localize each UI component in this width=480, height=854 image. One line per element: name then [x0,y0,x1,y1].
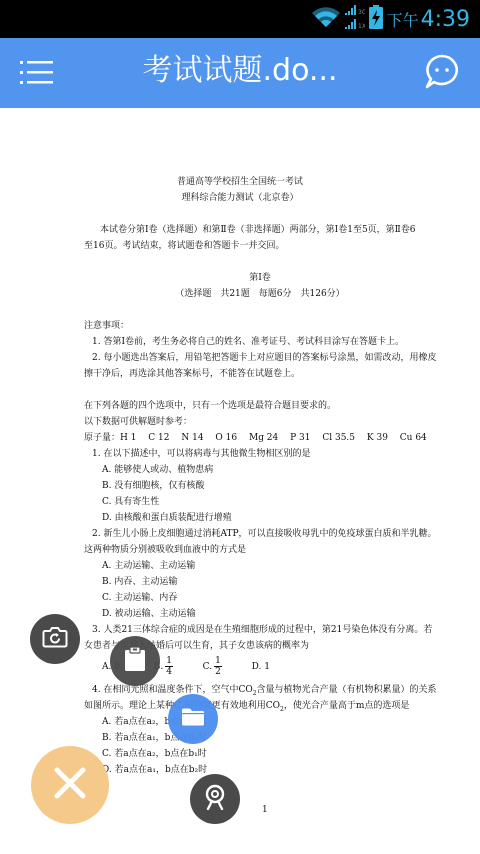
notes-item2-line2: 擦干净后，再选涂其他答案标号，不能答在试题卷上。 [84,366,300,382]
q2-option-b: B. 内吞、主动运输 [102,574,177,590]
clipboard-icon [124,646,146,676]
clipboard-button[interactable] [110,636,160,686]
camera-button[interactable] [30,614,80,664]
q4-option-d: D. 若a点在a₁，b点在b₂时 [102,762,207,778]
q1-option-b: B. 没有细胞核，仅有核酸 [102,478,204,494]
close-icon [52,765,88,805]
notes-item1: 1. 答第Ⅰ卷前，考生务必将自己的姓名、准考证号、考试科目涂写在答题卡上。 [92,334,404,350]
page-number: 1 [262,802,268,818]
svg-text:1X: 1X [358,23,365,30]
wifi-icon [311,6,341,32]
q2-option-a: A. 主动运输、主动运输 [102,558,195,574]
q2-option-c: C. 主动运输、内吞 [102,590,177,606]
battery-charging-icon [369,5,383,33]
folder-button[interactable] [168,694,218,744]
document-title: 考试试题.do... [0,38,480,108]
chat-button[interactable] [422,52,462,92]
status-clock: 下午4:39 [387,7,470,32]
q1-option-c: C. 具有寄生性 [102,494,159,510]
instructions-line1: 在下列各题的四个选项中，只有一个选项是最符合题目要求的。 [84,398,336,414]
camera-switch-icon [42,625,68,653]
exam-header-line1: 普通高等学校招生全国统一考试 [0,174,480,190]
q4-option-c: C. 若a点在a₂，b点在b₁时 [102,746,207,762]
webcam-button[interactable] [190,774,240,824]
app-bar: 考试试题.do... [0,38,480,108]
intro-line2: 至16页。考试结束，将试题卷和答题卡一并交回。 [84,238,284,254]
q1-stem: 1. 在以下描述中，可以将病毒与其他微生物相区别的是 [92,446,310,462]
q2-option-d: D. 被动运输、主动运输 [102,606,196,622]
notes-heading: 注意事项： [84,318,129,334]
q2-stem-line2: 这两种物质分别被吸收到血液中的方式是 [84,542,246,558]
section-subtitle: （选择题 共21题 每题6分 共126分） [0,286,480,302]
exam-header-line2: 理科综合能力测试（北京卷） [0,190,480,206]
intro-line1: 本试卷分第Ⅰ卷（选择题）和第Ⅱ卷（非选择题）两部分，第Ⅰ卷1至5页，第Ⅱ卷6 [100,222,416,238]
status-bar: 3G 1X 下午4:39 [0,0,480,38]
folder-icon [181,707,205,731]
close-menu-button[interactable] [31,746,109,824]
section-title: 第Ⅰ卷 [0,270,480,286]
webcam-icon [203,784,227,814]
instructions-line2: 以下数据可供解题时参考： [84,414,192,430]
q2-stem-line1: 2. 新生儿小肠上皮细胞通过消耗ATP，可以直接吸收母乳中的免疫球蛋白质和半乳糖… [92,526,437,542]
q3-option-c: C.12 [203,662,224,672]
q3-option-d: D. 1 [252,662,270,672]
document-page[interactable]: 普通高等学校招生全国统一考试 理科综合能力测试（北京卷） 本试卷分第Ⅰ卷（选择题… [0,108,480,854]
chat-bubble-icon [422,77,462,96]
q1-option-d: D. 由核酸和蛋白质装配进行增殖 [102,510,232,526]
signal-icon: 3G 1X [345,4,365,34]
atomic-masses: 原子量：H 1 C 12 N 14 O 16 Mg 24 P 31 Cl 35.… [84,430,427,446]
svg-text:3G: 3G [358,9,365,16]
q3-stem-line1: 3. 人类21三体综合症的成因是在生殖细胞形成的过程中，第21号染色体没有分离。… [92,622,432,638]
notes-item2-line1: 2. 每小题选出答案后，用铅笔把答题卡上对应题目的答案标号涂黑，如需改动，用橡皮 [92,350,436,366]
q1-option-a: A. 能够使人或动、植物患病 [102,462,213,478]
q4-stem-line2: 如图所示。理论上某种C3植物能更有效地利用CO2，使光合产量高于m点的选项是 [84,698,409,714]
